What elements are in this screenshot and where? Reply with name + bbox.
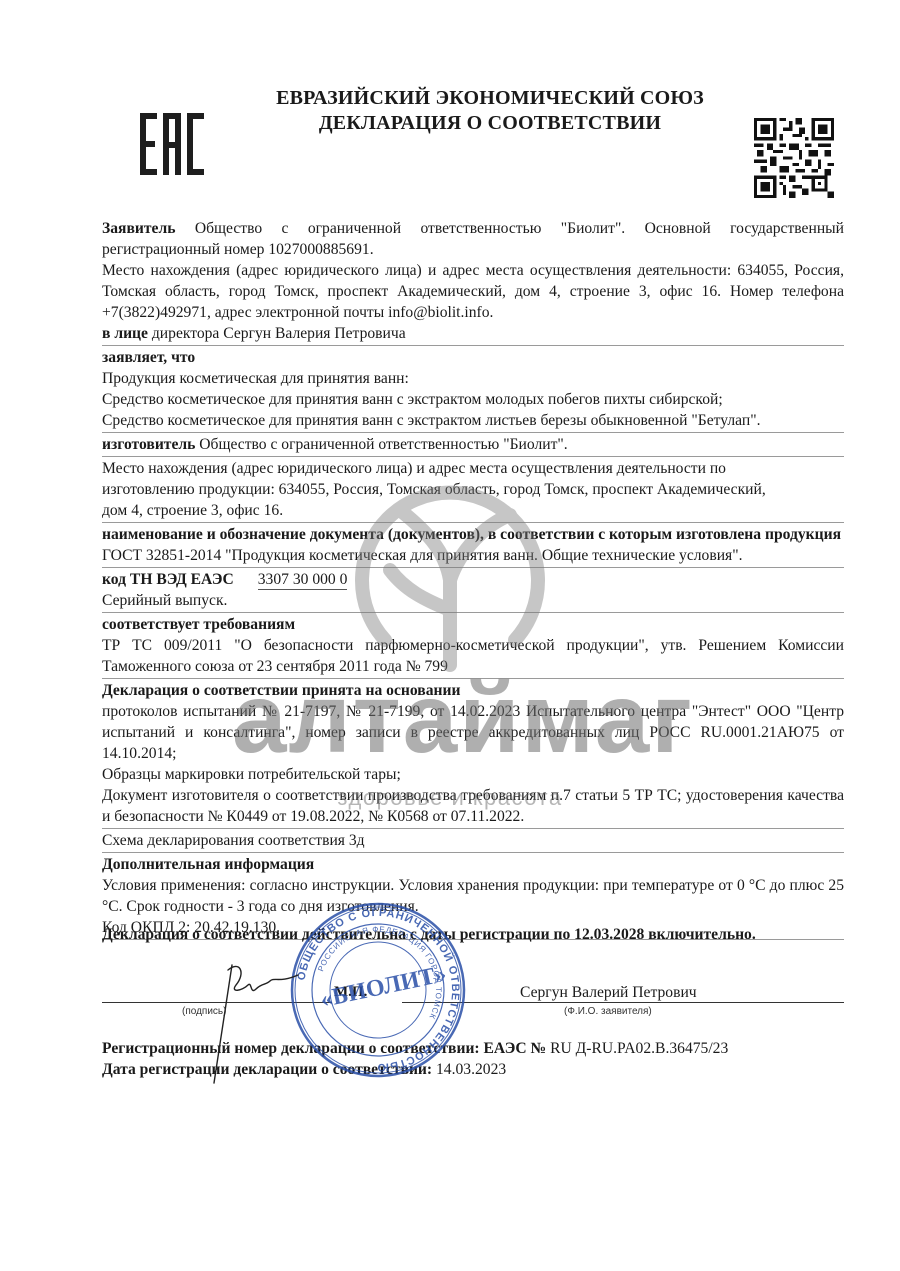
header-union-title: ЕВРАЗИЙСКИЙ ЭКОНОМИЧЕСКИЙ СОЮЗ <box>200 86 780 111</box>
declaration-page: ЕВРАЗИЙСКИЙ ЭКОНОМИЧЕСКИЙ СОЮЗ ДЕКЛАРАЦИ… <box>0 0 900 1271</box>
basis-label: Декларация о соответствии принята на осн… <box>102 680 844 701</box>
tnved-row: код ТН ВЭД ЕАЭС3307 30 000 0 <box>102 569 844 590</box>
applicant-representative: в лице директора Сергун Валерия Петрович… <box>102 323 844 346</box>
manufacturer-section: изготовитель Общество с ограниченной отв… <box>102 434 844 457</box>
qr-code-icon[interactable] <box>754 118 834 198</box>
requirements-text: ТР ТС 009/2011 "О безопасности парфюмерн… <box>102 635 844 679</box>
name-line <box>402 1002 844 1003</box>
manufacturer-text: Общество с ограниченной ответственностью… <box>195 436 567 453</box>
requirements-label: соответствует требованиям <box>102 614 844 635</box>
registration-number-row: Регистрационный номер декларации о соотв… <box>102 1038 862 1059</box>
name-caption: (Ф.И.О. заявителя) <box>564 1006 652 1017</box>
applicant-name: Сергун Валерий Петрович <box>520 984 697 1002</box>
document-header: ЕВРАЗИЙСКИЙ ЭКОНОМИЧЕСКИЙ СОЮЗ ДЕКЛАРАЦИ… <box>200 86 780 136</box>
product-item: Средство косметическое для принятия ванн… <box>102 389 844 410</box>
signature-area: (подпись) М.П. Сергун Валерий Петрович (… <box>102 960 844 1030</box>
declaration-scheme: Схема декларирования соответствия 3д <box>102 830 844 853</box>
standard-label: наименование и обозначение документа (до… <box>102 524 844 545</box>
basis-protocols: протоколов испытаний № 21-7197, № 21-719… <box>102 701 844 764</box>
applicant-address: Место нахождения (адрес юридического лиц… <box>102 260 844 323</box>
serial-release: Серийный выпуск. <box>102 590 844 613</box>
registration-number-value: RU Д-RU.PA02.B.36475/23 <box>546 1040 728 1057</box>
representative-label: в лице <box>102 325 148 342</box>
tnved-code: 3307 30 000 0 <box>258 571 348 590</box>
additional-conditions: Условия применения: согласно инструкции.… <box>102 875 844 917</box>
eac-logo-icon <box>140 113 204 175</box>
representative-text: директора Сергун Валерия Петровича <box>148 325 406 342</box>
registration-block: Регистрационный номер декларации о соотв… <box>102 1038 862 1080</box>
registration-date-value: 14.03.2023 <box>432 1061 506 1078</box>
declaration-body: Заявитель Общество с ограниченной ответс… <box>102 218 844 941</box>
basis-samples: Образцы маркировки потребительской тары; <box>102 764 844 785</box>
applicant-text: Общество с ограниченной ответственностью… <box>102 220 844 258</box>
validity-statement: Декларация о соответствии действительна … <box>102 926 862 944</box>
registration-number-label: Регистрационный номер декларации о соотв… <box>102 1040 546 1057</box>
additional-info-label: Дополнительная информация <box>102 854 844 875</box>
product-item: Продукция косметическая для принятия ван… <box>102 368 844 389</box>
product-item: Средство косметическое для принятия ванн… <box>102 410 844 433</box>
applicant-section: Заявитель Общество с ограниченной ответс… <box>102 218 844 260</box>
standard-text: ГОСТ 32851-2014 "Продукция косметическая… <box>102 545 844 568</box>
basis-document: Документ изготовителя о соответствии про… <box>102 785 844 829</box>
applicant-label: Заявитель <box>102 220 175 237</box>
stamp-mark: М.П. <box>334 984 367 1001</box>
tnved-label: код ТН ВЭД ЕАЭС <box>102 571 234 588</box>
declares-label: заявляет, что <box>102 347 844 368</box>
manufacturer-address: Место нахождения (адрес юридического лиц… <box>102 458 844 523</box>
header-declaration-title: ДЕКЛАРАЦИЯ О СООТВЕТСТВИИ <box>200 111 780 136</box>
registration-date-label: Дата регистрации декларации о соответств… <box>102 1061 432 1078</box>
registration-date-row: Дата регистрации декларации о соответств… <box>102 1059 862 1080</box>
signature-caption: (подпись) <box>182 1006 226 1017</box>
signature-line <box>102 1002 332 1003</box>
manufacturer-label: изготовитель <box>102 436 195 453</box>
